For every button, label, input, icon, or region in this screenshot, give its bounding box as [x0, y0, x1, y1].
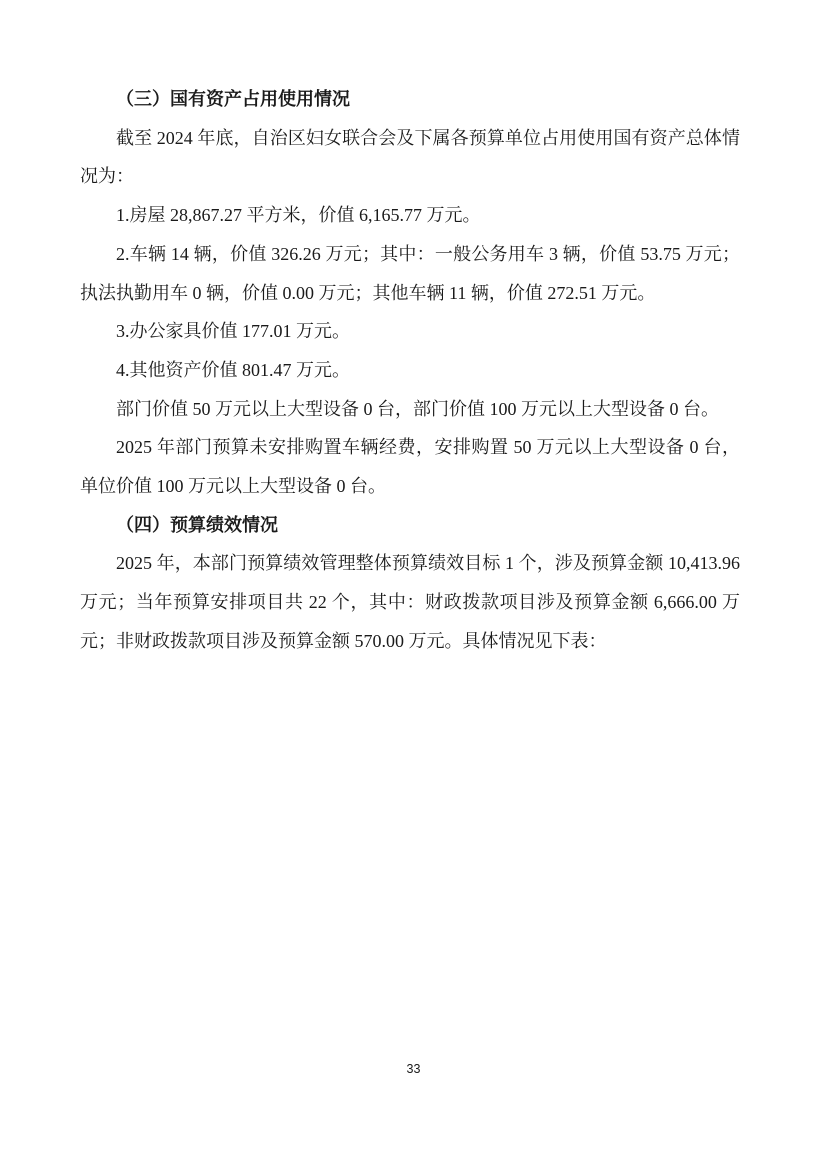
- document-page: （三）国有资产占用使用情况 截至 2024 年底，自治区妇女联合会及下属各预算单…: [0, 0, 827, 1170]
- paragraph-item-furniture: 3.办公家具价值 177.01 万元。: [80, 312, 740, 351]
- paragraph-assets-intro: 截至 2024 年底，自治区妇女联合会及下属各预算单位占用使用国有资产总体情况为…: [80, 119, 740, 196]
- page-number: 33: [0, 1062, 827, 1076]
- paragraph-item-2025-purchase: 2025 年部门预算未安排购置车辆经费，安排购置 50 万元以上大型设备 0 台…: [80, 428, 740, 505]
- section-heading-budget-performance: （四）预算绩效情况: [80, 506, 740, 545]
- paragraph-item-large-equipment: 部门价值 50 万元以上大型设备 0 台，部门价值 100 万元以上大型设备 0…: [80, 390, 740, 429]
- document-body: （三）国有资产占用使用情况 截至 2024 年底，自治区妇女联合会及下属各预算单…: [80, 80, 740, 661]
- section-heading-state-assets-usage: （三）国有资产占用使用情况: [80, 80, 740, 119]
- paragraph-item-other-assets: 4.其他资产价值 801.47 万元。: [80, 351, 740, 390]
- paragraph-item-vehicles: 2.车辆 14 辆，价值 326.26 万元；其中：一般公务用车 3 辆，价值 …: [80, 235, 740, 312]
- paragraph-item-housing: 1.房屋 28,867.27 平方米，价值 6,165.77 万元。: [80, 196, 740, 235]
- paragraph-budget-performance: 2025 年，本部门预算绩效管理整体预算绩效目标 1 个，涉及预算金额 10,4…: [80, 544, 740, 660]
